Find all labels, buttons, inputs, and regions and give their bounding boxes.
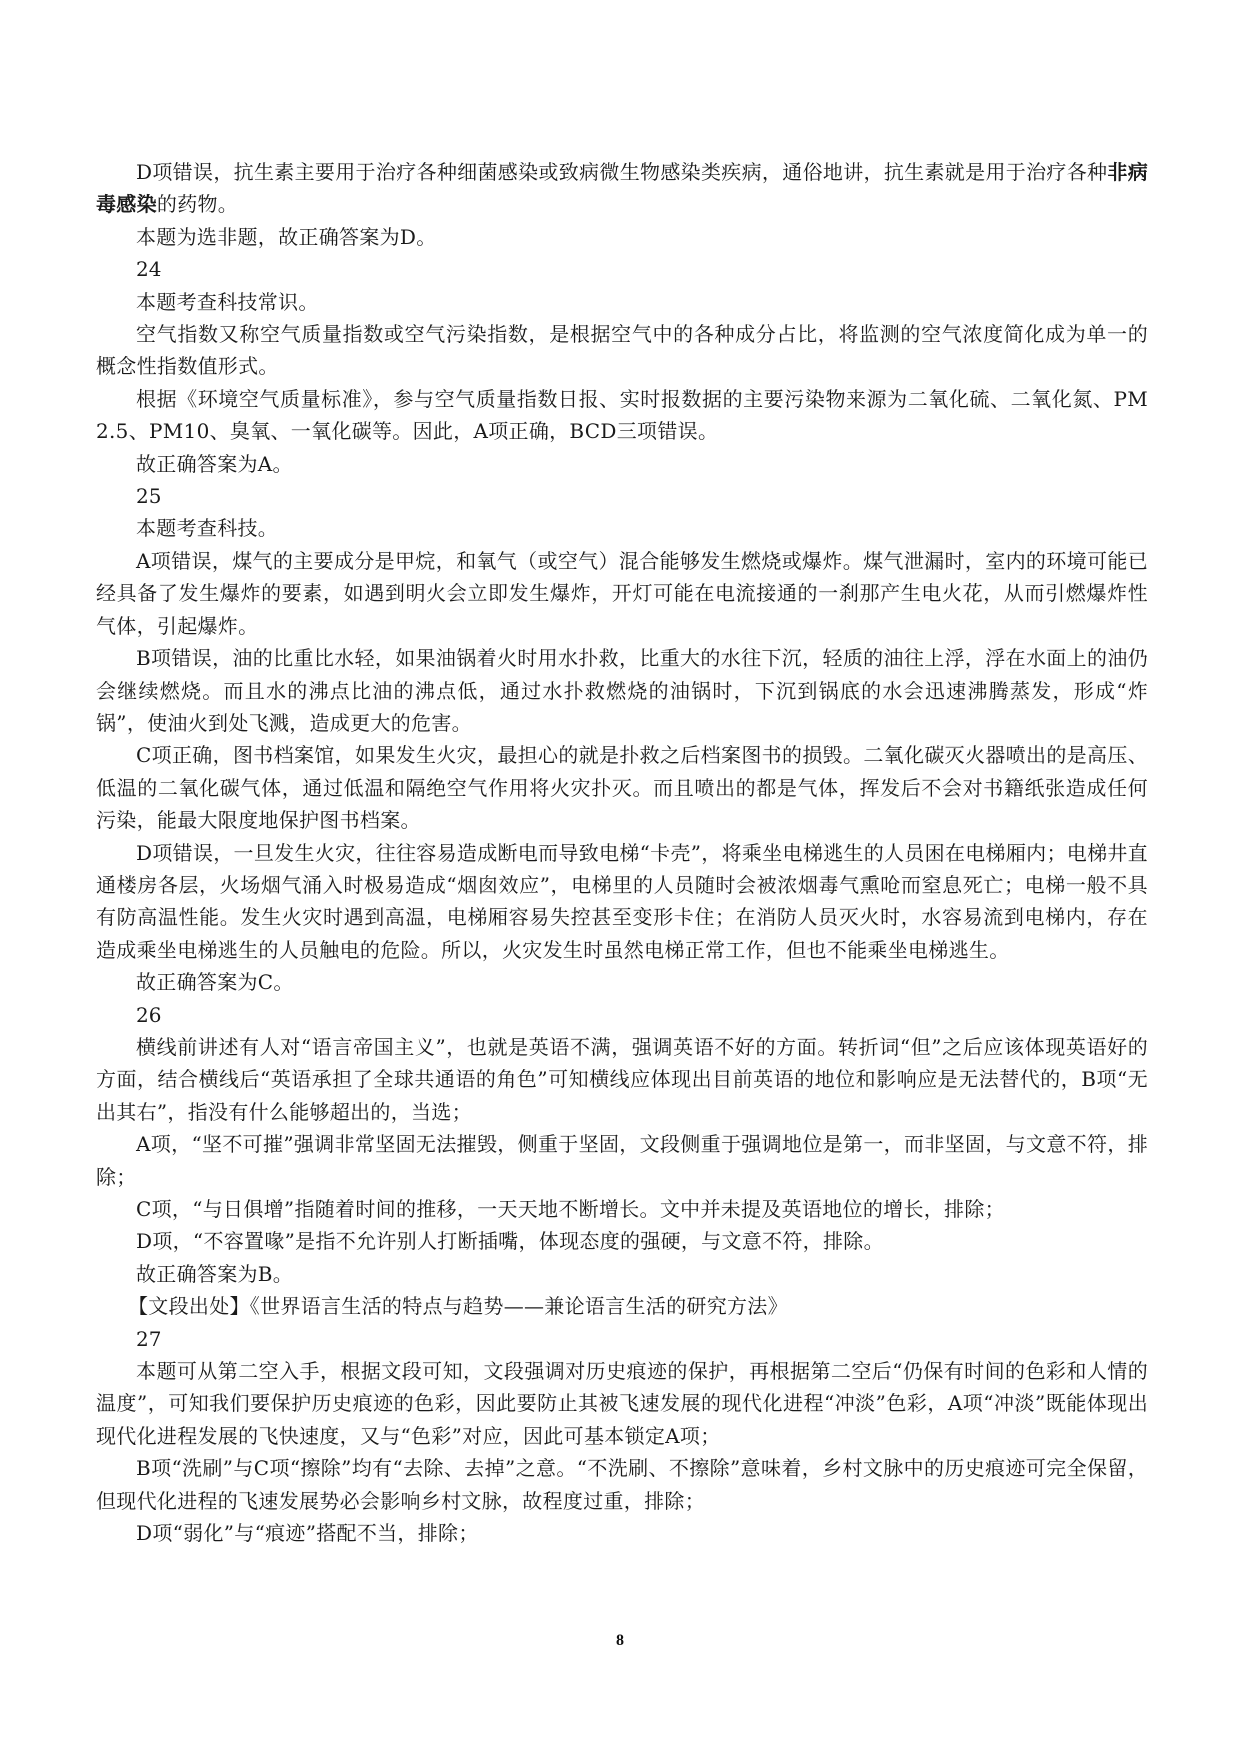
- q25-number: 25: [96, 480, 1148, 512]
- q27-number: 27: [96, 1323, 1148, 1355]
- q24-paragraph-2: 根据《环境空气质量标准》，参与空气质量指数日报、实时报数据的主要污染物来源为二氧…: [96, 383, 1148, 448]
- q23-d-text-pre: D项错误，抗生素主要用于治疗各种细菌感染或致病微生物感染类疾病，通俗地讲，抗生素…: [136, 160, 1107, 184]
- q27-option-bc: B项“洗刷”与C项“擦除”均有“去除、去掉”之意。“不洗刷、不擦除”意味着，乡村…: [96, 1452, 1148, 1517]
- q25-option-d: D项错误，一旦发生火灾，往往容易造成断电而导致电梯“卡壳”，将乘坐电梯逃生的人员…: [96, 837, 1148, 967]
- q26-source: 【文段出处】《世界语言生活的特点与趋势——兼论语言生活的研究方法》: [96, 1290, 1148, 1322]
- q24-number: 24: [96, 253, 1148, 285]
- q26-option-a: A项，“坚不可摧”强调非常坚固无法摧毁，侧重于坚固，文段侧重于强调地位是第一，而…: [96, 1128, 1148, 1193]
- q26-option-d: D项，“不容置喙”是指不允许别人打断插嘴，体现态度的强硬，与文意不符，排除。: [96, 1225, 1148, 1257]
- q25-option-c: C项正确，图书档案馆，如果发生火灾，最担心的就是扑救之后档案图书的损毁。二氧化碳…: [96, 739, 1148, 836]
- q25-answer: 故正确答案为C。: [96, 966, 1148, 998]
- q24-topic: 本题考查科技常识。: [96, 286, 1148, 318]
- q26-paragraph-1: 横线前讲述有人对“语言帝国主义”，也就是英语不满，强调英语不好的方面。转折词“但…: [96, 1031, 1148, 1128]
- q23-answer: 本题为选非题，故正确答案为D。: [96, 221, 1148, 253]
- q23-d-text-post: 的药物。: [157, 192, 238, 216]
- document-page: D项错误，抗生素主要用于治疗各种细菌感染或致病微生物感染类疾病，通俗地讲，抗生素…: [96, 156, 1148, 1549]
- q26-answer: 故正确答案为B。: [96, 1258, 1148, 1290]
- page-number: 8: [0, 1632, 1240, 1650]
- q26-option-c: C项，“与日俱增”指随着时间的推移，一天天地不断增长。文中并未提及英语地位的增长…: [96, 1193, 1148, 1225]
- q25-option-b: B项错误，油的比重比水轻，如果油锅着火时用水扑救，比重大的水往下沉，轻质的油往上…: [96, 642, 1148, 739]
- q26-number: 26: [96, 999, 1148, 1031]
- q24-answer: 故正确答案为A。: [96, 448, 1148, 480]
- q23-option-d-explanation: D项错误，抗生素主要用于治疗各种细菌感染或致病微生物感染类疾病，通俗地讲，抗生素…: [96, 156, 1148, 221]
- q24-paragraph-1: 空气指数又称空气质量指数或空气污染指数，是根据空气中的各种成分占比，将监测的空气…: [96, 318, 1148, 383]
- q25-topic: 本题考查科技。: [96, 512, 1148, 544]
- q27-paragraph-1: 本题可从第二空入手，根据文段可知，文段强调对历史痕迹的保护，再根据第二空后“仍保…: [96, 1355, 1148, 1452]
- q25-option-a: A项错误，煤气的主要成分是甲烷，和氧气（或空气）混合能够发生燃烧或爆炸。煤气泄漏…: [96, 545, 1148, 642]
- q27-option-d: D项“弱化”与“痕迹”搭配不当，排除；: [96, 1517, 1148, 1549]
